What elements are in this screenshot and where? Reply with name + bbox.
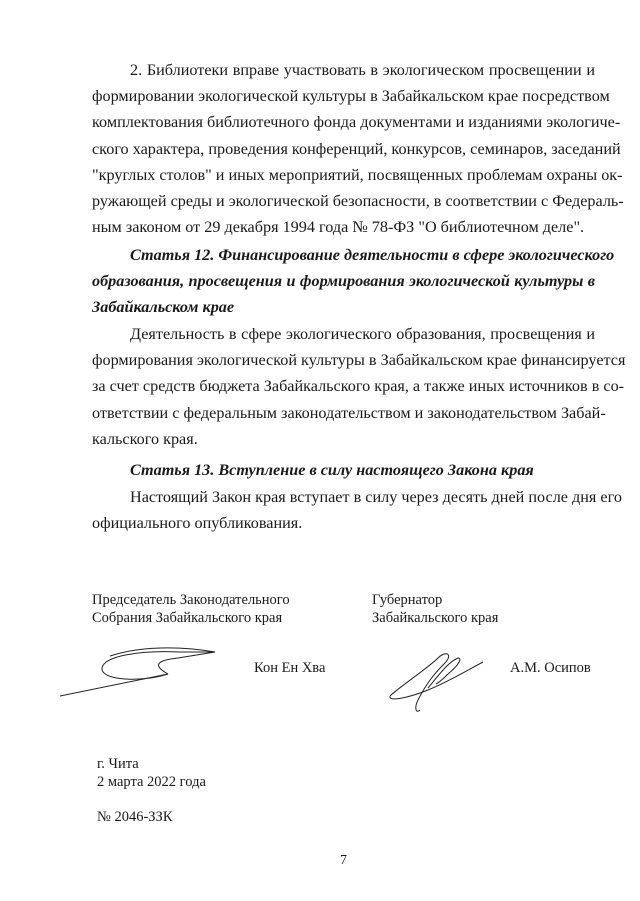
- chairman-name: Кон Ен Хва: [254, 660, 325, 677]
- article-12-body: Деятельность в сфере экологического обра…: [92, 321, 595, 452]
- text-line: ответствии с федеральным законодательств…: [92, 400, 595, 426]
- text-line: официального опубликования.: [92, 510, 595, 536]
- governor-signature-icon: [388, 648, 488, 718]
- page-number: 7: [340, 853, 347, 869]
- text-line: формирования экологической культуры в За…: [92, 347, 595, 373]
- text-line: кальского края.: [92, 426, 595, 452]
- paragraph-2: 2. Библиотеки вправе участвовать в эколо…: [92, 57, 595, 240]
- text-line: комплектования библиотечного фонда докум…: [92, 109, 595, 135]
- text-line: ружающей среды и экологической безопасно…: [92, 188, 595, 214]
- article-13-heading: Статья 13. Вступление в силу настоящего …: [92, 457, 595, 483]
- heading-line: Статья 12. Финансирование деятельности в…: [92, 242, 595, 268]
- title-line: Собрания Забайкальского края: [92, 609, 290, 627]
- text-line: ным законом от 29 декабря 1994 года № 78…: [92, 214, 595, 240]
- text-line: Настоящий Закон края вступает в силу чер…: [92, 484, 595, 510]
- title-line: Забайкальского края: [372, 609, 498, 627]
- text-line: "круглых столов" и иных мероприятий, пос…: [92, 162, 595, 188]
- text-line: формировании экологической культуры в За…: [92, 83, 595, 109]
- heading-line: Забайкальском крае: [92, 294, 595, 320]
- heading-line: образования, просвещения и формирования …: [92, 268, 595, 294]
- document-page: 2. Библиотеки вправе участвовать в эколо…: [0, 0, 640, 901]
- date: 2 марта 2022 года: [97, 773, 206, 791]
- title-line: Губернатор: [372, 591, 498, 609]
- article-13-body: Настоящий Закон края вступает в силу чер…: [92, 484, 595, 536]
- law-number: № 2046-ЗЗК: [97, 808, 173, 826]
- heading-line: Статья 13. Вступление в силу настоящего …: [92, 457, 595, 483]
- chairman-signature-icon: [60, 638, 260, 698]
- text-line: Деятельность в сфере экологического обра…: [92, 321, 595, 347]
- article-12-heading: Статья 12. Финансирование деятельности в…: [92, 242, 595, 321]
- text-line: ского характера, проведения конференций,…: [92, 136, 595, 162]
- chairman-title: Председатель Законодательного Собрания З…: [92, 591, 290, 627]
- governor-title: Губернатор Забайкальского края: [372, 591, 498, 627]
- text-line: 2. Библиотеки вправе участвовать в эколо…: [92, 57, 595, 83]
- governor-name: А.М. Осипов: [510, 660, 591, 677]
- city: г. Чита: [97, 755, 139, 773]
- text-line: за счет средств бюджета Забайкальского к…: [92, 373, 595, 399]
- title-line: Председатель Законодательного: [92, 591, 290, 609]
